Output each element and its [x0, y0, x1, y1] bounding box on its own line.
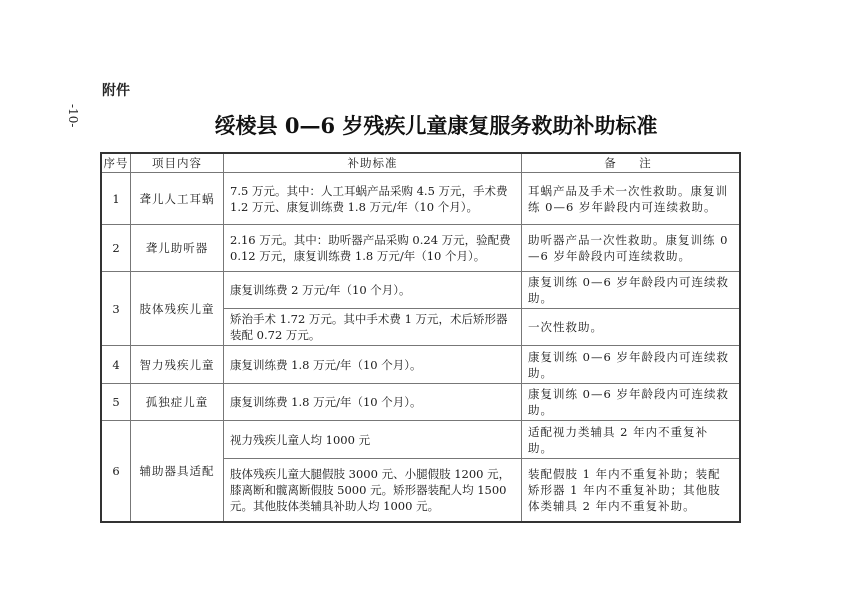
- row-item: 孤独症儿童: [131, 384, 224, 421]
- row-standard: 2.16 万元。其中：助听器产品采购 0.24 万元，验配费 0.12 万元，康…: [224, 225, 522, 272]
- column-header-note: 备 注: [522, 153, 741, 173]
- row-note: 康复训练 0—6 岁年龄段内可连续救助。: [522, 384, 741, 421]
- column-header-standard: 补助标准: [224, 153, 522, 173]
- row-number: 4: [101, 346, 131, 384]
- row-standard: 矫治手术 1.72 万元。其中手术费 1 万元，术后矫形器装配 0.72 万元。: [224, 309, 522, 346]
- subsidy-standards-table: 序号 项目内容 补助标准 备 注 1 聋儿人工耳蜗 7.5 万元。其中：人工耳蜗…: [100, 152, 741, 523]
- row-standard: 肢体残疾儿童大腿假肢 3000 元、小腿假肢 1200 元，膝离断和髋离断假肢 …: [224, 459, 522, 523]
- row-standard: 康复训练费 1.8 万元/年（10 个月）。: [224, 384, 522, 421]
- row-standard: 康复训练费 1.8 万元/年（10 个月）。: [224, 346, 522, 384]
- table-row: 2 聋儿助听器 2.16 万元。其中：助听器产品采购 0.24 万元，验配费 0…: [101, 225, 740, 272]
- row-note: 适配视力类辅具 2 年内不重复补助。: [522, 421, 741, 459]
- row-note: 康复训练 0—6 岁年龄段内可连续救助。: [522, 346, 741, 384]
- row-item: 聋儿人工耳蜗: [131, 173, 224, 225]
- row-item: 智力残疾儿童: [131, 346, 224, 384]
- row-note: 康复训练 0—6 岁年龄段内可连续救助。: [522, 272, 741, 309]
- attachment-label: 附件: [102, 80, 130, 100]
- row-note: 装配假肢 1 年内不重复补助；装配矫形器 1 年内不重复补助；其他肢体类辅具 2…: [522, 459, 741, 523]
- row-item: 聋儿助听器: [131, 225, 224, 272]
- table-row: 4 智力残疾儿童 康复训练费 1.8 万元/年（10 个月）。 康复训练 0—6…: [101, 346, 740, 384]
- row-item: 肢体残疾儿童: [131, 272, 224, 346]
- row-item: 辅助器具适配: [131, 421, 224, 523]
- table-row: 6 辅助器具适配 视力残疾儿童人均 1000 元 适配视力类辅具 2 年内不重复…: [101, 421, 740, 459]
- table-row: 1 聋儿人工耳蜗 7.5 万元。其中：人工耳蜗产品采购 4.5 万元，手术费 1…: [101, 173, 740, 225]
- column-header-item: 项目内容: [131, 153, 224, 173]
- row-standard: 视力残疾儿童人均 1000 元: [224, 421, 522, 459]
- table-header-row: 序号 项目内容 补助标准 备 注: [101, 153, 740, 173]
- row-number: 3: [101, 272, 131, 346]
- column-header-number: 序号: [101, 153, 131, 173]
- row-number: 6: [101, 421, 131, 523]
- row-standard: 7.5 万元。其中：人工耳蜗产品采购 4.5 万元，手术费 1.2 万元、康复训…: [224, 173, 522, 225]
- table-row: 5 孤独症儿童 康复训练费 1.8 万元/年（10 个月）。 康复训练 0—6 …: [101, 384, 740, 421]
- row-number: 2: [101, 225, 131, 272]
- row-note: 助听器产品一次性救助。康复训练 0—6 岁年龄段内可连续救助。: [522, 225, 741, 272]
- row-note: 一次性救助。: [522, 309, 741, 346]
- document-title: 绥棱县 0—6 岁残疾儿童康复服务救助补助标准: [0, 110, 848, 140]
- row-standard: 康复训练费 2 万元/年（10 个月）。: [224, 272, 522, 309]
- table-row: 3 肢体残疾儿童 康复训练费 2 万元/年（10 个月）。 康复训练 0—6 岁…: [101, 272, 740, 309]
- row-number: 1: [101, 173, 131, 225]
- row-note: 耳蜗产品及手术一次性救助。康复训练 0—6 岁年龄段内可连续救助。: [522, 173, 741, 225]
- row-number: 5: [101, 384, 131, 421]
